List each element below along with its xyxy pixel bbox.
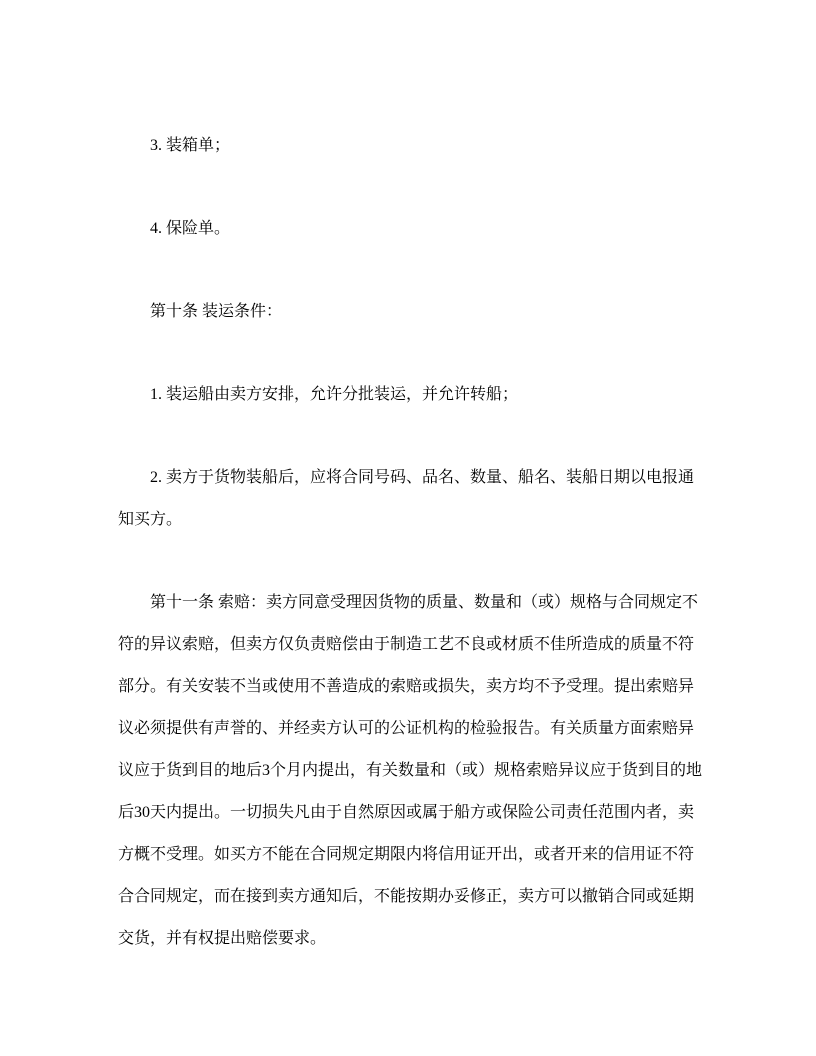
text-line: 2. 卖方于货物装船后，应将合同号码、品名、数量、船名、装船日期以电报通 [118,457,704,499]
paragraph-article-10-heading: 第十条 装运条件： [118,291,704,333]
text-line: 议应于货到目的地后3个月内提出，有关数量和（或）规格索赔异议应于货到目的地 [118,750,704,792]
text-line: 后30天内提出。一切损失凡由于自然原因或属于船方或保险公司责任范围内者，卖 [118,792,704,834]
text-line: 4. 保险单。 [118,208,704,250]
text-line: 第十一条 索赔：卖方同意受理因货物的质量、数量和（或）规格与合同规定不 [118,582,704,624]
text-line: 符的异议索赔，但卖方仅负责赔偿由于制造工艺不良或材质不佳所造成的质量不符 [118,624,704,666]
text-line: 合合同规定，而在接到卖方通知后，不能按期办妥修正，卖方可以撤销合同或延期 [118,876,704,918]
text-line: 交货，并有权提出赔偿要求。 [118,918,704,960]
text-line: 3. 装箱单； [118,125,704,167]
text-line: 第十条 装运条件： [118,291,704,333]
text-line: 1. 装运船由卖方安排，允许分批装运，并允许转船； [118,374,704,416]
text-line: 方概不受理。如买方不能在合同规定期限内将信用证开出，或者开来的信用证不符 [118,834,704,876]
paragraph-article-10-item-2: 2. 卖方于货物装船后，应将合同号码、品名、数量、船名、装船日期以电报通 知买方… [118,457,704,541]
document-page: 3. 装箱单； 4. 保险单。 第十条 装运条件： 1. 装运船由卖方安排，允许… [0,0,816,1056]
paragraph-article-10-item-1: 1. 装运船由卖方安排，允许分批装运，并允许转船； [118,374,704,416]
text-line: 知买方。 [118,499,704,541]
text-line: 议必须提供有声誉的、并经卖方认可的公证机构的检验报告。有关质量方面索赔异 [118,708,704,750]
paragraph-packing-list: 3. 装箱单； [118,125,704,167]
paragraph-article-11-claims: 第十一条 索赔：卖方同意受理因货物的质量、数量和（或）规格与合同规定不 符的异议… [118,582,704,960]
paragraph-insurance-policy: 4. 保险单。 [118,208,704,250]
text-line: 部分。有关安装不当或使用不善造成的索赔或损失，卖方均不予受理。提出索赔异 [118,666,704,708]
